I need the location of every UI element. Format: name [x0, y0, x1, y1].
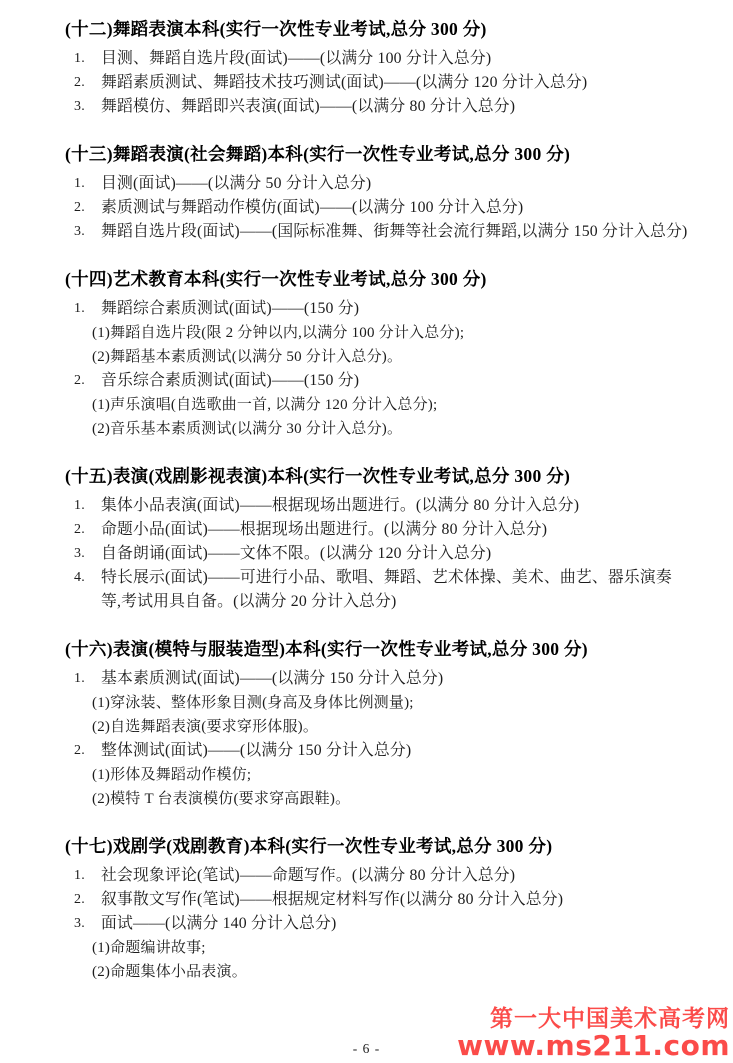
item-marker: 4. [74, 566, 85, 590]
item-marker: 1. [74, 667, 85, 691]
item-text: 舞蹈素质测试、舞蹈技术技巧测试(面试)——(以满分 120 分计入总分) [101, 74, 587, 91]
item-marker: 3. [74, 220, 85, 244]
sub-item: (1)穿泳装、整体形象目测(身高及身体比例测量); [65, 691, 690, 715]
list-item: 2.音乐综合素质测试(面试)——(150 分) [65, 369, 690, 393]
item-text: 叙事散文写作(笔试)——根据规定材料写作(以满分 80 分计入总分) [101, 891, 563, 908]
item-marker: 2. [74, 369, 85, 393]
list-item: 2.舞蹈素质测试、舞蹈技术技巧测试(面试)——(以满分 120 分计入总分) [65, 71, 690, 95]
watermark: 第一大中国美术高考网 www.ms211.com [457, 1007, 730, 1061]
section-title: (十三)舞蹈表演(社会舞蹈)本科(实行一次性专业考试,总分 300 分) [65, 143, 690, 165]
list-item: 1.目测、舞蹈自选片段(面试)——(以满分 100 分计入总分) [65, 47, 690, 71]
item-marker: 2. [74, 888, 85, 912]
item-marker: 2. [74, 71, 85, 95]
item-marker: 1. [74, 172, 85, 196]
sub-item: (2)舞蹈基本素质测试(以满分 50 分计入总分)。 [65, 345, 690, 369]
item-text: 自备朗诵(面试)——文体不限。(以满分 120 分计入总分) [101, 545, 491, 562]
section: (十三)舞蹈表演(社会舞蹈)本科(实行一次性专业考试,总分 300 分)1.目测… [65, 143, 690, 244]
item-text: 基本素质测试(面试)——(以满分 150 分计入总分) [101, 670, 443, 687]
item-text: 整体测试(面试)——(以满分 150 分计入总分) [101, 742, 411, 759]
section-title: (十四)艺术教育本科(实行一次性专业考试,总分 300 分) [65, 268, 690, 290]
list-item: 1.社会现象评论(笔试)——命题写作。(以满分 80 分计入总分) [65, 864, 690, 888]
section: (十六)表演(模特与服装造型)本科(实行一次性专业考试,总分 300 分)1.基… [65, 638, 690, 811]
item-text: 舞蹈模仿、舞蹈即兴表演(面试)——(以满分 80 分计入总分) [101, 98, 515, 115]
item-text: 舞蹈自选片段(面试)——(国际标准舞、街舞等社会流行舞蹈,以满分 150 分计入… [101, 223, 687, 240]
list-item: 1.集体小品表演(面试)——根据现场出题进行。(以满分 80 分计入总分) [65, 494, 690, 518]
item-text: 舞蹈综合素质测试(面试)——(150 分) [101, 300, 359, 317]
section: (十五)表演(戏剧影视表演)本科(实行一次性专业考试,总分 300 分)1.集体… [65, 465, 690, 614]
item-marker: 3. [74, 912, 85, 936]
list-item: 3.自备朗诵(面试)——文体不限。(以满分 120 分计入总分) [65, 542, 690, 566]
section: (十七)戏剧学(戏剧教育)本科(实行一次性专业考试,总分 300 分)1.社会现… [65, 835, 690, 984]
content-area: (十二)舞蹈表演本科(实行一次性专业考试,总分 300 分)1.目测、舞蹈自选片… [65, 18, 690, 984]
item-text: 素质测试与舞蹈动作模仿(面试)——(以满分 100 分计入总分) [101, 199, 523, 216]
list-item: 3.面试——(以满分 140 分计入总分) [65, 912, 690, 936]
item-text: 集体小品表演(面试)——根据现场出题进行。(以满分 80 分计入总分) [101, 497, 579, 514]
sub-item: (1)形体及舞蹈动作模仿; [65, 763, 690, 787]
list-item: 1.目测(面试)——(以满分 50 分计入总分) [65, 172, 690, 196]
item-marker: 1. [74, 47, 85, 71]
item-text: 特长展示(面试)——可进行小品、歌唱、舞蹈、艺术体操、美术、曲艺、器乐演奏等,考… [101, 569, 672, 610]
item-text: 目测、舞蹈自选片段(面试)——(以满分 100 分计入总分) [101, 50, 491, 67]
list-item: 2.叙事散文写作(笔试)——根据规定材料写作(以满分 80 分计入总分) [65, 888, 690, 912]
item-text: 目测(面试)——(以满分 50 分计入总分) [101, 175, 371, 192]
item-marker: 3. [74, 542, 85, 566]
item-marker: 2. [74, 739, 85, 763]
section-title: (十七)戏剧学(戏剧教育)本科(实行一次性专业考试,总分 300 分) [65, 835, 690, 857]
list-item: 3.舞蹈模仿、舞蹈即兴表演(面试)——(以满分 80 分计入总分) [65, 95, 690, 119]
item-marker: 2. [74, 518, 85, 542]
item-text: 命题小品(面试)——根据现场出题进行。(以满分 80 分计入总分) [101, 521, 547, 538]
document-page: (十二)舞蹈表演本科(实行一次性专业考试,总分 300 分)1.目测、舞蹈自选片… [0, 0, 733, 1063]
item-text: 音乐综合素质测试(面试)——(150 分) [101, 372, 359, 389]
section-title: (十二)舞蹈表演本科(实行一次性专业考试,总分 300 分) [65, 18, 690, 40]
section: (十二)舞蹈表演本科(实行一次性专业考试,总分 300 分)1.目测、舞蹈自选片… [65, 18, 690, 119]
item-text: 社会现象评论(笔试)——命题写作。(以满分 80 分计入总分) [101, 867, 515, 884]
sub-item: (2)自选舞蹈表演(要求穿形体服)。 [65, 715, 690, 739]
list-item: 2.素质测试与舞蹈动作模仿(面试)——(以满分 100 分计入总分) [65, 196, 690, 220]
item-marker: 3. [74, 95, 85, 119]
section: (十四)艺术教育本科(实行一次性专业考试,总分 300 分)1.舞蹈综合素质测试… [65, 268, 690, 441]
section-title: (十五)表演(戏剧影视表演)本科(实行一次性专业考试,总分 300 分) [65, 465, 690, 487]
list-item: 4.特长展示(面试)——可进行小品、歌唱、舞蹈、艺术体操、美术、曲艺、器乐演奏等… [65, 566, 690, 614]
sub-item: (1)舞蹈自选片段(限 2 分钟以内,以满分 100 分计入总分); [65, 321, 690, 345]
watermark-site-url: www.ms211.com [457, 1031, 730, 1061]
list-item: 3.舞蹈自选片段(面试)——(国际标准舞、街舞等社会流行舞蹈,以满分 150 分… [65, 220, 690, 244]
sub-item: (2)命题集体小品表演。 [65, 960, 690, 984]
item-marker: 1. [74, 297, 85, 321]
list-item: 1.基本素质测试(面试)——(以满分 150 分计入总分) [65, 667, 690, 691]
sub-item: (1)声乐演唱(自选歌曲一首, 以满分 120 分计入总分); [65, 393, 690, 417]
section-title: (十六)表演(模特与服装造型)本科(实行一次性专业考试,总分 300 分) [65, 638, 690, 660]
watermark-site-name: 第一大中国美术高考网 [457, 1007, 730, 1031]
item-text: 面试——(以满分 140 分计入总分) [101, 915, 336, 932]
item-marker: 2. [74, 196, 85, 220]
item-marker: 1. [74, 864, 85, 888]
list-item: 2.整体测试(面试)——(以满分 150 分计入总分) [65, 739, 690, 763]
item-marker: 1. [74, 494, 85, 518]
sub-item: (1)命题编讲故事; [65, 936, 690, 960]
sub-item: (2)音乐基本素质测试(以满分 30 分计入总分)。 [65, 417, 690, 441]
list-item: 1.舞蹈综合素质测试(面试)——(150 分) [65, 297, 690, 321]
sub-item: (2)模特 T 台表演模仿(要求穿高跟鞋)。 [65, 787, 690, 811]
list-item: 2.命题小品(面试)——根据现场出题进行。(以满分 80 分计入总分) [65, 518, 690, 542]
